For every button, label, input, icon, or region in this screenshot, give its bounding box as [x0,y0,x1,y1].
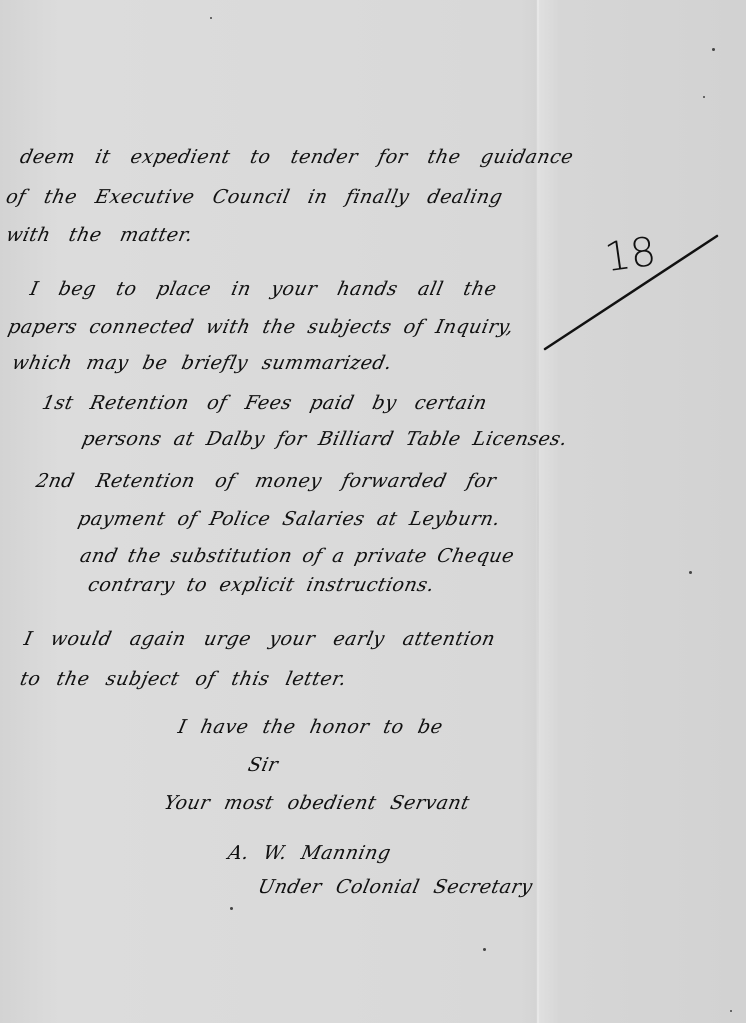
item-marker: 1st [40,392,76,414]
body-line: which may be briefly summarized. [10,352,394,374]
diagonal-line-icon [545,236,720,351]
closing-line: Your most obedient Servant [162,792,472,814]
scan-speck [483,948,486,951]
body-line: of the Executive Council in finally deal… [4,186,505,208]
item-line: Retention of Fees paid by certain [88,392,489,414]
scan-speck [712,48,715,51]
item-line: payment of Police Salaries at Leyburn. [76,508,502,530]
signatory-title: Under Colonial Secretary [256,876,535,898]
body-line: papers connected with the subjects of In… [6,316,516,338]
body-line: deem it expedient to tender for the guid… [18,146,576,168]
signature: A. W. Manning [226,842,393,864]
scan-speck [703,96,705,98]
item-marker: 2nd [34,470,77,492]
closing-line: I have the honor to be [176,716,445,738]
closing-salutation: Sir [246,754,280,776]
scan-speck [230,907,233,910]
item-line: persons at Dalby for Billiard Table Lice… [80,428,570,450]
body-line: I beg to place in your hands all the [28,278,499,300]
scan-speck [730,1010,732,1012]
body-line: I would again urge your early attention [22,628,497,650]
item-line: Retention of money forwarded for [94,470,498,492]
body-line: with the matter. [4,224,195,246]
scan-speck [689,571,692,574]
item-line: contrary to explicit instructions. [86,574,437,596]
scanned-letter-page: deem it expedient to tender for the guid… [0,0,746,1023]
body-line: to the subject of this letter. [18,668,349,690]
scan-speck [210,17,212,19]
item-line: and the substitution of a private Cheque [78,545,516,567]
